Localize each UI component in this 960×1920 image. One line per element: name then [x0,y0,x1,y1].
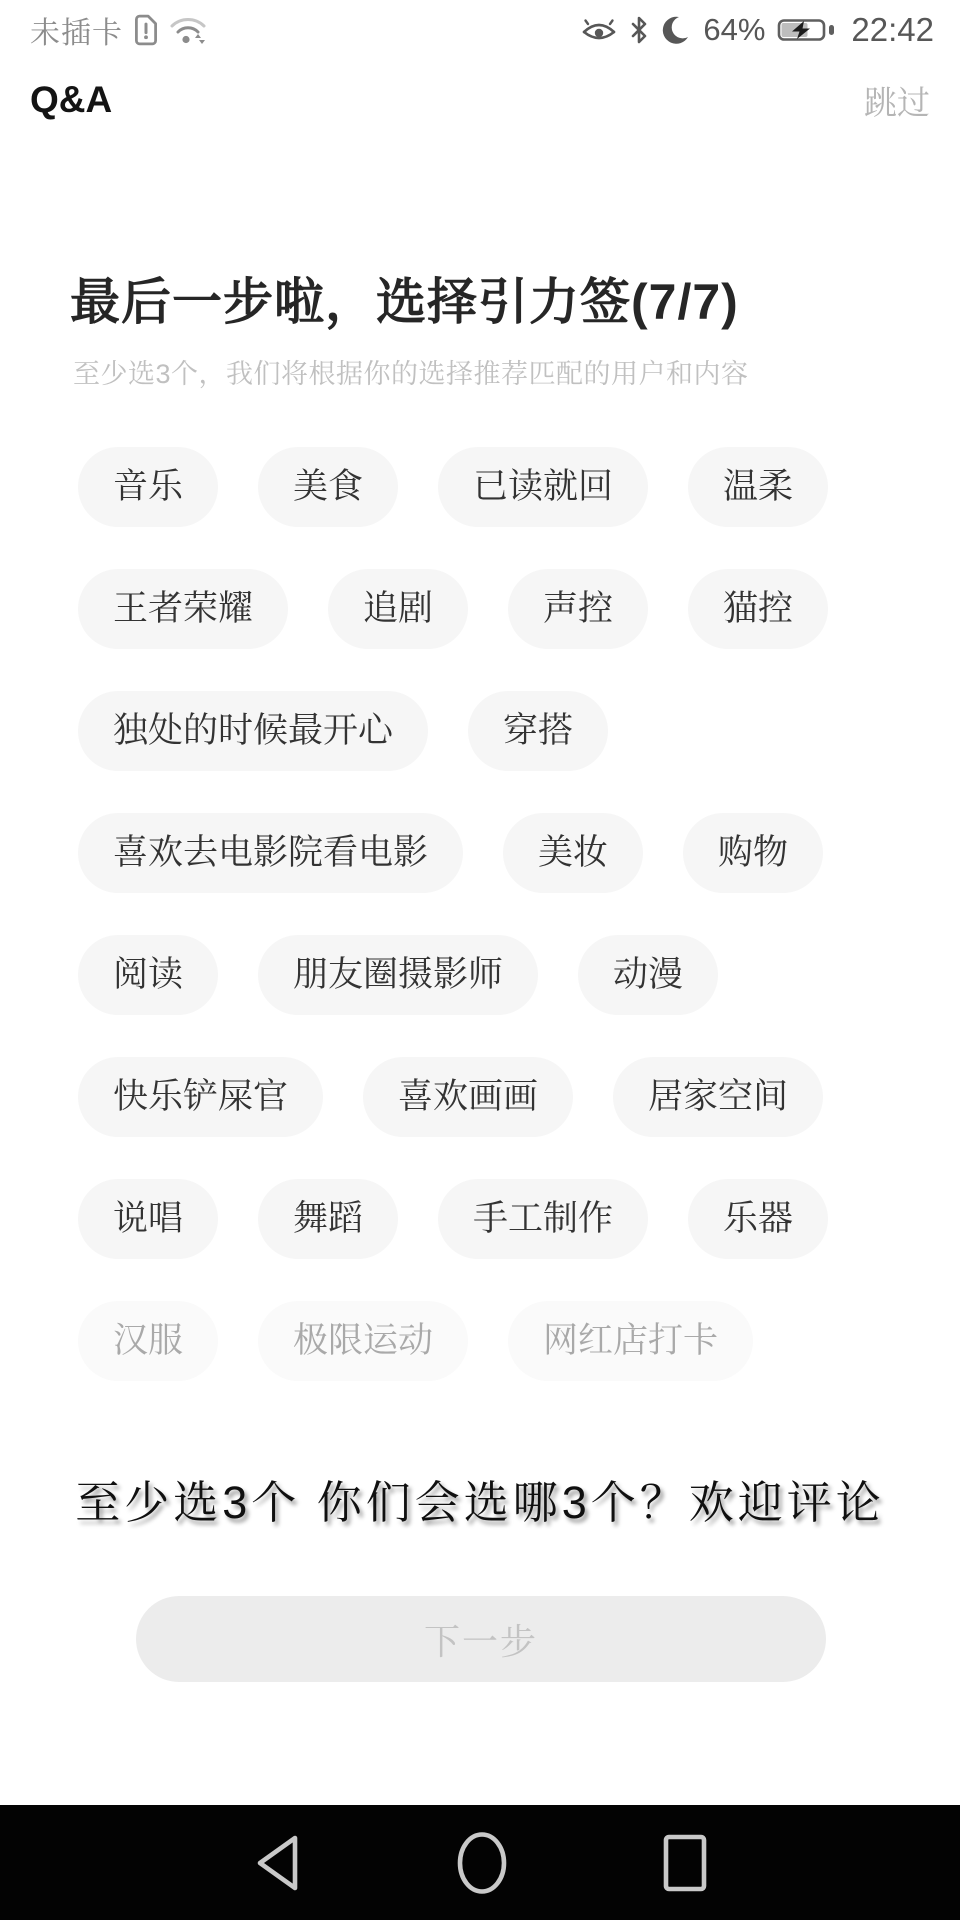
tag-pill[interactable]: 已读就回 [438,447,648,527]
tag-pill[interactable]: 独处的时候最开心 [78,691,428,771]
tag-pill[interactable]: 快乐铲屎官 [78,1057,323,1137]
tag-row: 说唱舞蹈手工制作乐器 [78,1179,910,1259]
tag-pill[interactable]: 美妆 [503,813,643,893]
wifi-icon [169,15,207,45]
tag-row: 独处的时候最开心穿搭 [78,691,910,771]
tag-row: 音乐美食已读就回温柔 [78,447,910,527]
tag-row: 快乐铲屎官喜欢画画居家空间 [78,1057,910,1137]
recents-icon[interactable] [660,1832,710,1894]
tag-pill[interactable]: 喜欢去电影院看电影 [78,813,463,893]
tag-pill[interactable]: 手工制作 [438,1179,648,1259]
tag-pill[interactable]: 阅读 [78,935,218,1015]
tag-pill[interactable]: 舞蹈 [258,1179,398,1259]
tag-row: 阅读朋友圈摄影师动漫 [78,935,910,1015]
next-step-button[interactable]: 下一步 [136,1596,826,1682]
tag-pill[interactable]: 喜欢画画 [363,1057,573,1137]
battery-percent: 64% [703,12,765,48]
tag-pill[interactable]: 朋友圈摄影师 [258,935,538,1015]
sim-alert-icon [133,14,159,46]
carrier-text: 未插卡 [30,8,123,52]
tag-row: 王者荣耀追剧声控猫控 [78,569,910,649]
page-header-title: Q&A [30,79,112,121]
tag-pill[interactable]: 穿搭 [468,691,608,771]
tag-pill[interactable]: 追剧 [328,569,468,649]
dnd-moon-icon [661,15,691,45]
status-bar-right: 64% 22:42 [581,11,934,49]
skip-button[interactable]: 跳过 [864,77,930,124]
tag-pill[interactable]: 音乐 [78,447,218,527]
tag-pill[interactable]: 汉服 [78,1301,218,1381]
tag-pill[interactable]: 说唱 [78,1179,218,1259]
tag-pill[interactable]: 猫控 [688,569,828,649]
home-icon[interactable] [454,1830,510,1896]
clock-time: 22:42 [851,11,934,49]
tag-pill[interactable]: 美食 [258,447,398,527]
tag-rows: 音乐美食已读就回温柔王者荣耀追剧声控猫控独处的时候最开心穿搭喜欢去电影院看电影美… [78,447,910,1381]
tag-pill[interactable]: 居家空间 [613,1057,823,1137]
back-icon[interactable] [250,1832,304,1894]
eye-comfort-icon [581,16,617,44]
tag-pill[interactable]: 声控 [508,569,648,649]
tag-pill[interactable]: 购物 [683,813,823,893]
bluetooth-icon [629,14,649,46]
tag-pill[interactable]: 动漫 [578,935,718,1015]
battery-charging-icon [777,15,837,45]
status-bar-left: 未插卡 [30,8,207,52]
status-bar: 未插卡 [0,0,960,56]
android-nav-bar [0,1805,960,1920]
tag-pill[interactable]: 网红店打卡 [508,1301,753,1381]
tag-row: 喜欢去电影院看电影美妆购物 [78,813,910,893]
phone-screen: 未插卡 [0,0,960,1920]
handwritten-annotation: 至少选3个 你们会选哪3个？欢迎评论 [0,1466,960,1531]
tag-pill[interactable]: 温柔 [688,447,828,527]
tag-pill[interactable]: 乐器 [688,1179,828,1259]
onboarding-subtitle: 至少选3个，我们将根据你的选择推荐匹配的用户和内容 [73,352,920,391]
header: Q&A 跳过 [0,70,960,130]
tag-pill[interactable]: 极限运动 [258,1301,468,1381]
onboarding-title: 最后一步啦，选择引力签(7/7) [70,262,920,334]
tag-row: 汉服极限运动网红店打卡 [78,1301,910,1381]
tag-pill[interactable]: 王者荣耀 [78,569,288,649]
